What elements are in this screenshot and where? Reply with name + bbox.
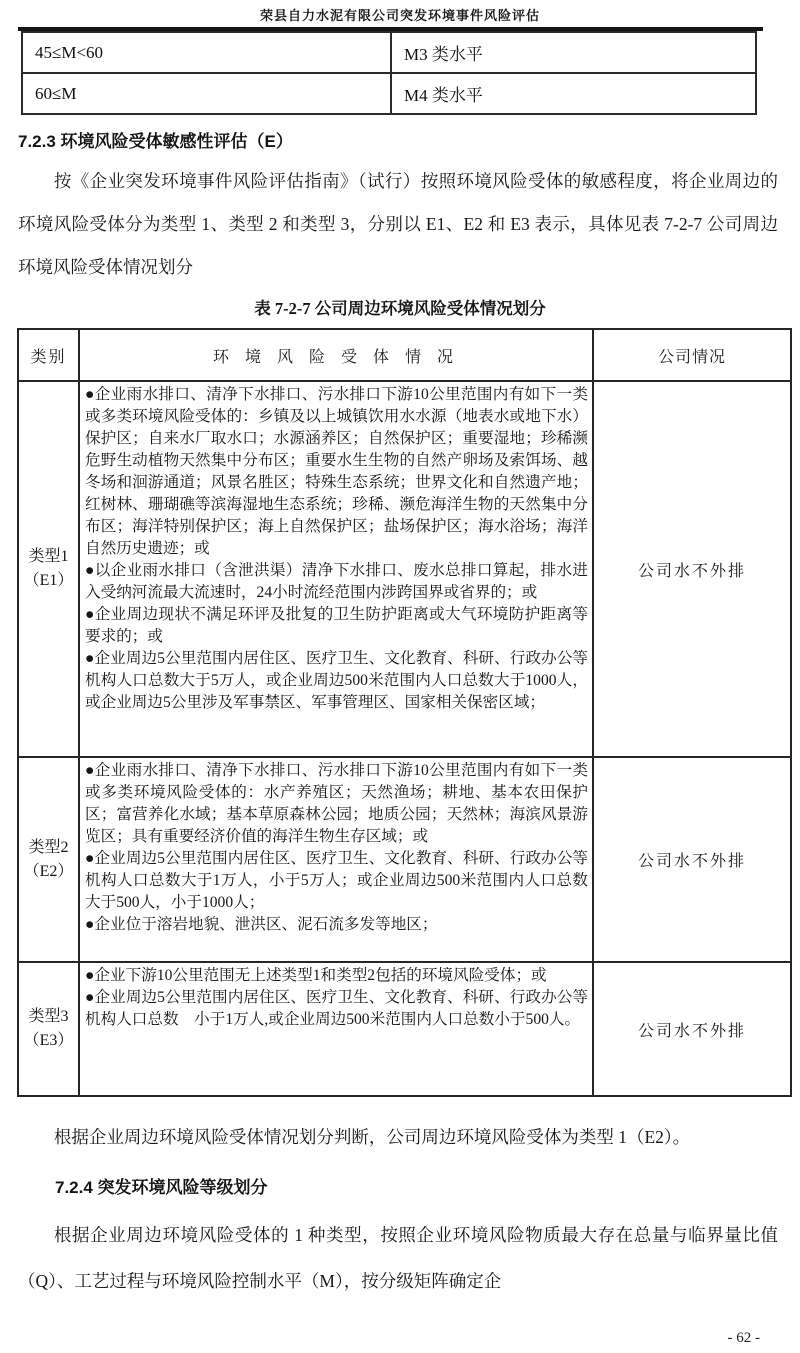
m-level-cell: M4 类水平 [391,73,756,114]
header-situation: 环 境 风 险 受 体 情 况 [79,329,593,381]
receptor-table-header-row: 类别 环 境 风 险 受 体 情 况 公司情况 [18,329,791,381]
m-level-table: 45≤M<60 M3 类水平 60≤M M4 类水平 [21,31,757,115]
situation-item: ●以企业雨水排口（含泄洪渠）清净下水排口、废水总排口算起，排水进入受纳河流最大流… [85,560,588,604]
section-heading-7-2-3: 7.2.3 环境风险受体敏感性评估（E） [18,127,800,152]
situation-cell: ●企业下游10公里范围无上述类型1和类型2包括的环境风险受体；或 ●企业周边5公… [79,962,593,1096]
conclusion-paragraph: 根据企业周边环境风险受体情况划分判断，公司周边环境风险受体为类型 1（E2）。 [18,1105,778,1169]
intro-paragraph: 按《企业突发环境事件风险评估指南》（试行）按照环境风险受体的敏感程度，将企业周边… [18,160,778,289]
category-cell: 类型2 （E2） [18,757,79,962]
category-cell: 类型3 （E3） [18,962,79,1096]
situation-item: ●企业位于溶岩地貌、泄洪区、泥石流多发等地区； [85,914,588,936]
receptor-table: 类别 环 境 风 险 受 体 情 况 公司情况 类型1 （E1） ●企业雨水排口… [17,328,792,1097]
header-category: 类别 [18,329,79,381]
situation-item: ●企业周边5公里范围内居住区、医疗卫生、文化教育、科研、行政办公等机构人口总数 … [85,987,588,1031]
company-cell: 公司水不外排 [593,757,791,962]
m-level-row: 45≤M<60 M3 类水平 [22,32,756,73]
m-range-cell: 60≤M [22,73,391,114]
situation-item: ●企业雨水排口、清净下水排口、污水排口下游10公里范围内有如下一类或多类环境风险… [85,760,588,848]
company-cell: 公司水不外排 [593,962,791,1096]
m-level-row: 60≤M M4 类水平 [22,73,756,114]
situation-item: ●企业周边现状不满足环评及批复的卫生防护距离或大气环境防护距离等要求的；或 [85,604,588,648]
situation-item: ●企业周边5公里范围内居住区、医疗卫生、文化教育、科研、行政办公等机构人口总数大… [85,648,588,714]
m-level-cell: M3 类水平 [391,32,756,73]
header-company: 公司情况 [593,329,791,381]
page-number: - 62 - [728,1330,761,1347]
m-range-cell: 45≤M<60 [22,32,391,73]
table-row-type3: 类型3 （E3） ●企业下游10公里范围无上述类型1和类型2包括的环境风险受体；… [18,962,791,1096]
table-row-type2: 类型2 （E2） ●企业雨水排口、清净下水排口、污水排口下游10公里范围内有如下… [18,757,791,962]
table-caption-7-2-7: 表 7-2-7 公司周边环境风险受体情况划分 [0,295,800,319]
category-cell: 类型1 （E1） [18,381,79,757]
situation-item: ●企业雨水排口、清净下水排口、污水排口下游10公里范围内有如下一类或多类环境风险… [85,384,588,560]
situation-item: ●企业周边5公里范围内居住区、医疗卫生、文化教育、科研、行政办公等机构人口总数大… [85,848,588,914]
table-row-type1: 类型1 （E1） ●企业雨水排口、清净下水排口、污水排口下游10公里范围内有如下… [18,381,791,757]
situation-cell: ●企业雨水排口、清净下水排口、污水排口下游10公里范围内有如下一类或多类环境风险… [79,757,593,962]
page-header-title: 荣县自力水泥有限公司突发环境事件风险评估 [0,0,800,24]
body-paragraph: 根据企业周边环境风险受体的 1 种类型，按照企业环境风险物质最大存在总量与临界量… [18,1212,778,1304]
situation-item: ●企业下游10公里范围无上述类型1和类型2包括的环境风险受体；或 [85,965,588,987]
company-cell: 公司水不外排 [593,381,791,757]
section-heading-7-2-4: 7.2.4 突发环境风险等级划分 [55,1173,800,1198]
situation-cell: ●企业雨水排口、清净下水排口、污水排口下游10公里范围内有如下一类或多类环境风险… [79,381,593,757]
